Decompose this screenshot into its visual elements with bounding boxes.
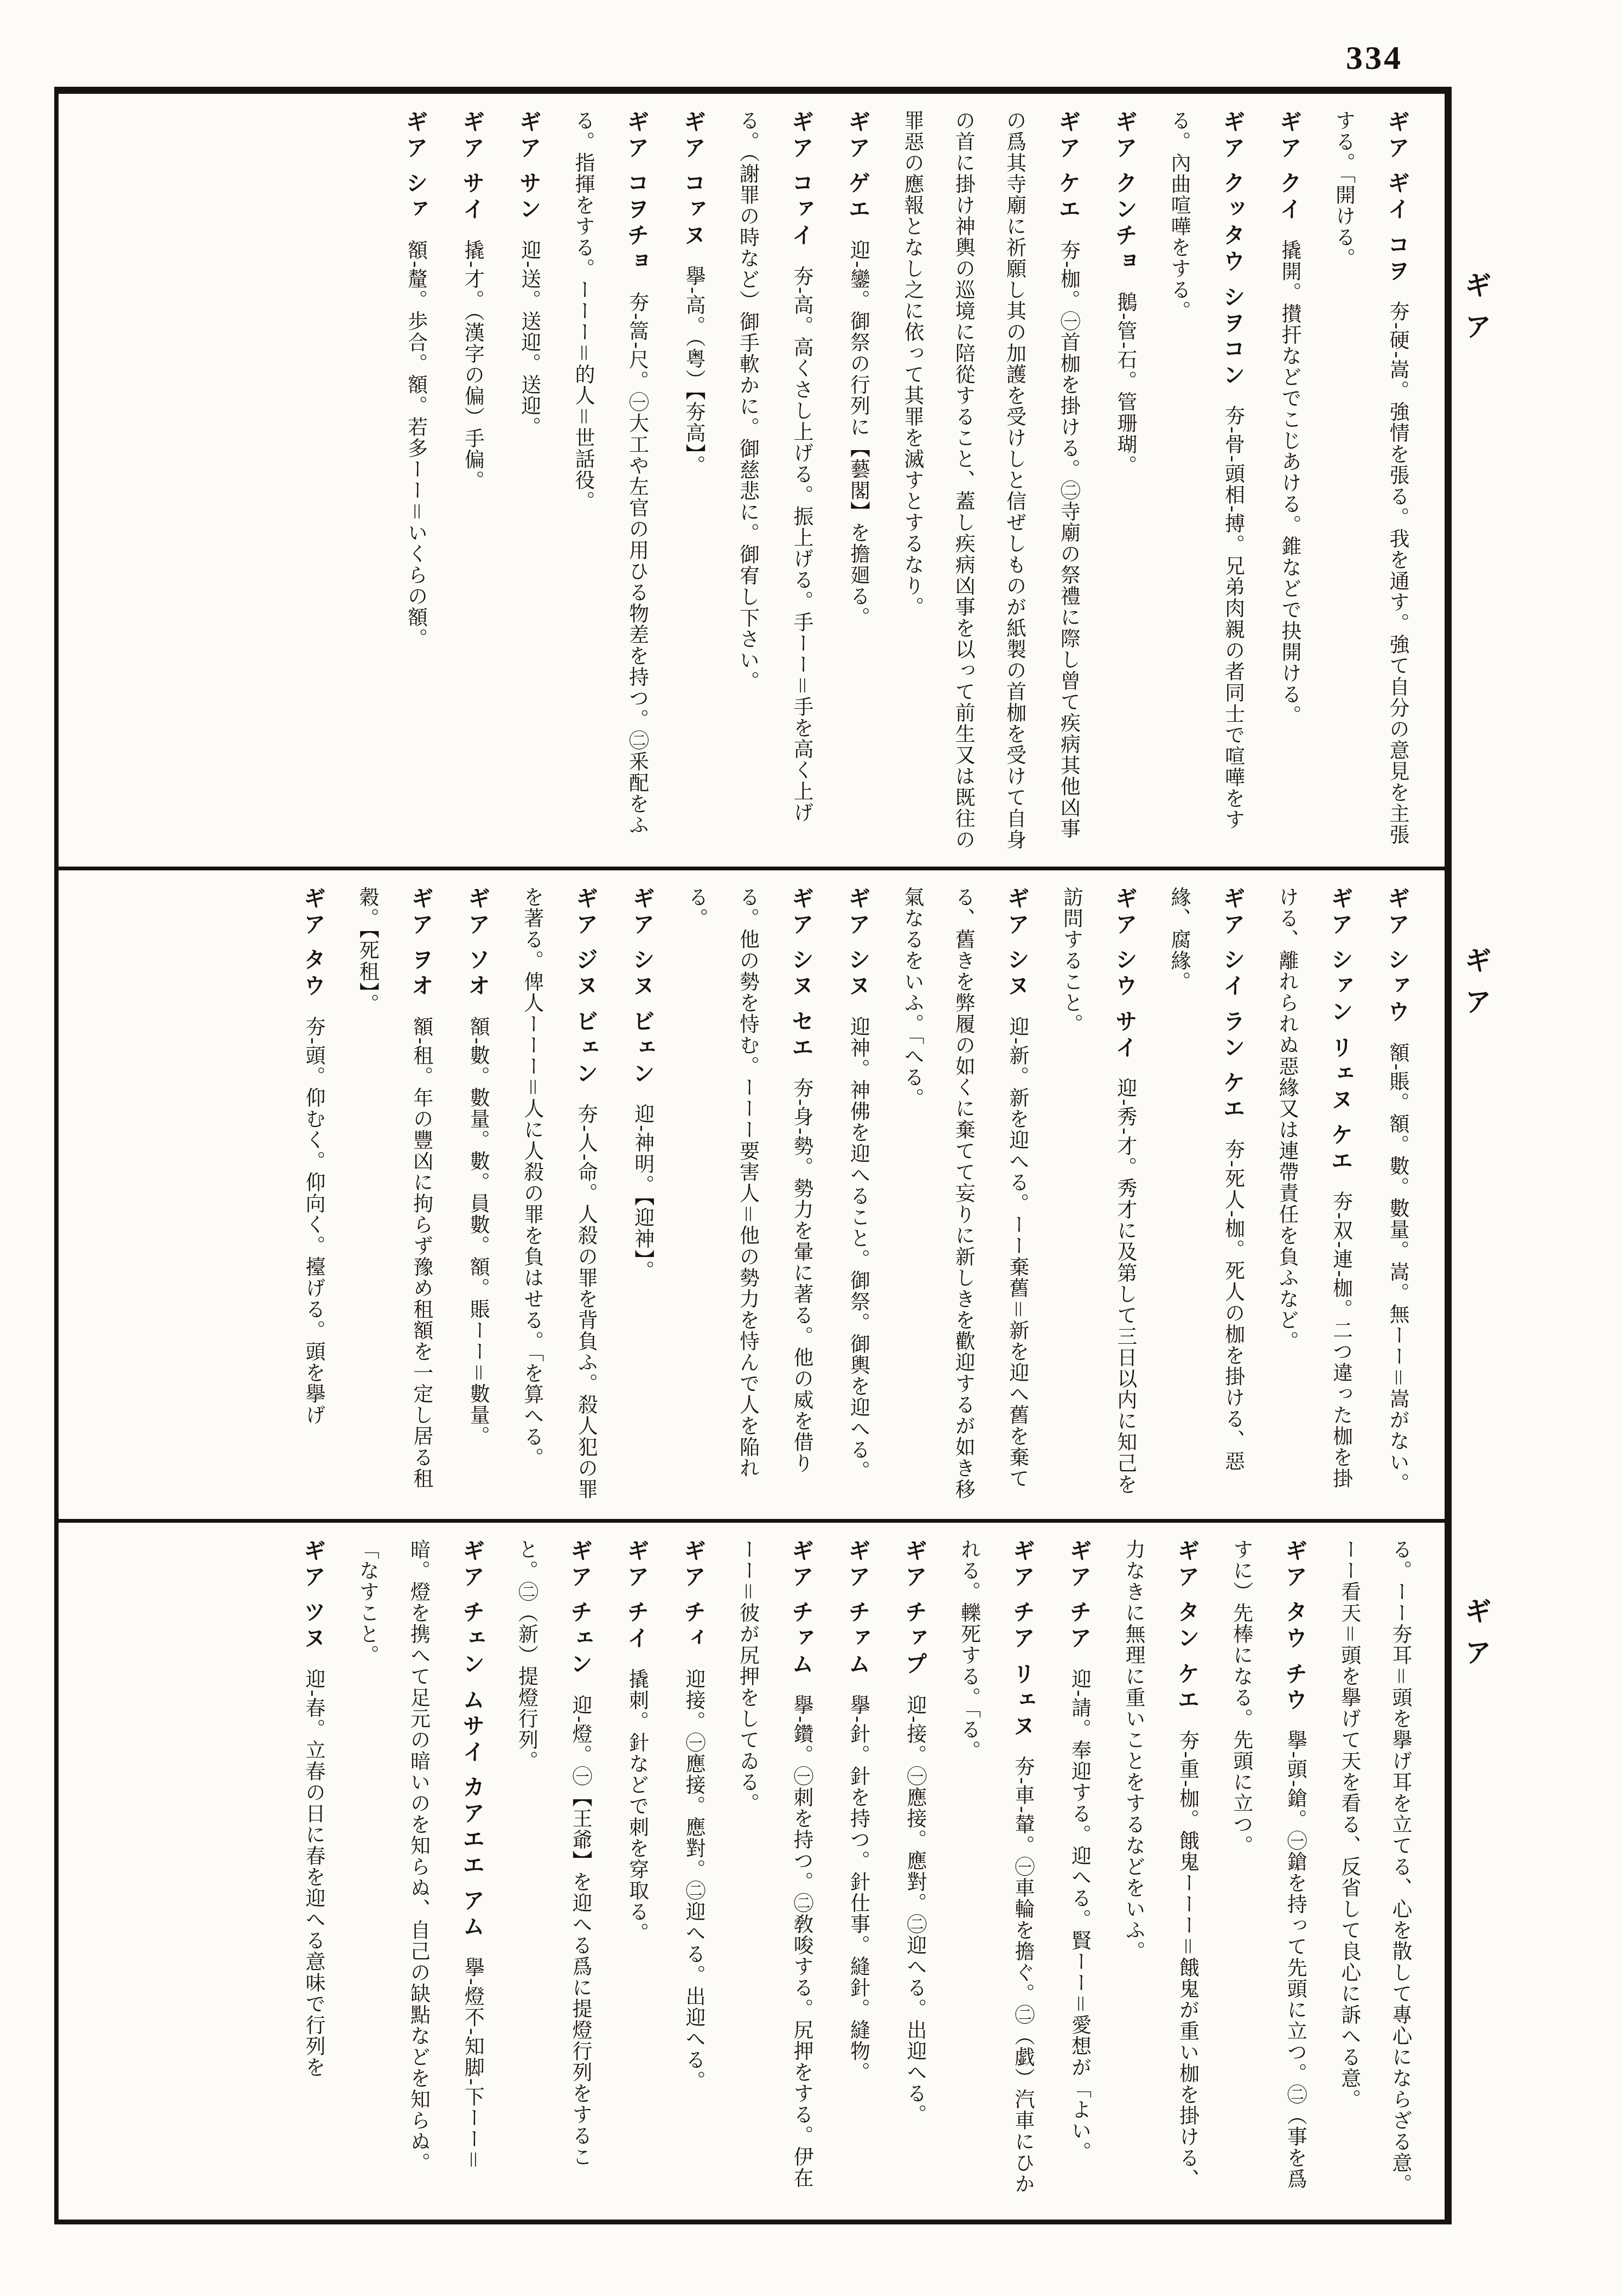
entry-headword: ギア コァヌ — [681, 110, 705, 249]
entry-headword: ギア シヌ セエ — [788, 887, 813, 1062]
entry-definition: 迎-春。立春の日に春を迎へる意味で行列を — [302, 1669, 324, 2078]
entry-headword: ギア サイ — [459, 110, 484, 223]
entry-definition: 撬開。攅扞などでこじあける。錐などで抉開ける。 — [1278, 240, 1300, 726]
margin-guide-word: ギア — [1458, 271, 1496, 354]
dictionary-entry: ギア シヌ セエ夯-身-勢。勢力を暈に著る。他の威を借りる。他の勢を恃む。ーーー… — [670, 887, 829, 1505]
dictionary-entry: ギア チェン ムサイ カアエエ アム擧-燈不-知脚-下ーー＝暗。燈を携へて足元の… — [341, 1539, 500, 2205]
entry-definition: 迎-接。㊀應接。應對。㊁迎へる。出迎へる。 — [903, 1695, 926, 2125]
entry-definition: 鵝-管-石。管珊瑚。 — [1114, 292, 1136, 477]
dictionary-entry: ギア シァウ額-賬。額。數。數量。嵩。無ーー＝嵩がない。 — [1368, 887, 1425, 1505]
dictionary-entry: ギア タン ケエ夯-重-枷。餓鬼ーーー＝餓鬼が重い枷を掛ける、力なきに無理に重い… — [1107, 1539, 1215, 2205]
dictionary-band-middle: ギア シァウ額-賬。額。數。數量。嵩。無ーー＝嵩がない。ギア シァン リェヌ ケ… — [59, 870, 1445, 1519]
entry-headword: ギア シヌ — [1004, 887, 1029, 1000]
dictionary-band-bottom: る。ーー夯耳＝頭を擧げ耳を立てる、心を散して專心にならざる意。ーー看天＝頭を擧げ… — [59, 1523, 1445, 2220]
entry-headword: ギア シァン リェヌ ケエ — [1327, 887, 1352, 1175]
entry-headword: ギア コァイ — [788, 110, 813, 249]
dictionary-entry: ギア ツヌ迎-春。立春の日に春を迎へる意味で行列を — [284, 1539, 341, 2205]
dictionary-entry: ギア チェン迎-燈。㊀【王爺】を迎へる爲に提燈行列をすること。㊁（新）提燈行列。 — [500, 1539, 608, 2205]
entry-headword: ギア シヌ ビェン — [630, 887, 655, 1088]
dictionary-entry: ギア チァム擧-鑽。㊀刺を持つ。㊁敎唆する。尻押をする。伊在ーー＝彼が尻押をして… — [721, 1539, 829, 2205]
entry-definition: 迎-神明。【迎神】。 — [631, 1104, 653, 1282]
dictionary-entry: ギア シヌ迎-新。新を迎へる。ーー棄舊＝新を迎へ舊を棄てる、舊きを弊履の如くに棄… — [886, 887, 1045, 1505]
entry-headword: ギア コヲチョ — [624, 110, 649, 275]
entry-headword: ギア サン — [516, 110, 541, 223]
entry-headword: ギア クイ — [1276, 110, 1301, 223]
entry-headword: ギア ギイ コヲ — [1384, 110, 1409, 285]
entry-headword: ギア シウ サイ — [1112, 887, 1137, 1062]
dictionary-entry: ギア クッタウ シヲコン夯-骨-頭相-搏。兄弟肉親の者同士で喧嘩をする。內曲喧嘩… — [1153, 110, 1261, 852]
dictionary-entry: ギア シァン リェヌ ケエ夯-双-連-枷。二つ違った枷を掛ける、離れられぬ惡緣又… — [1261, 887, 1369, 1505]
entry-headword: ギア シイ ラン ケエ — [1220, 887, 1245, 1123]
dictionary-entry: ギア チァプ迎-接。㊀應接。應對。㊁迎へる。出迎へる。 — [886, 1539, 943, 2205]
page-number: 334 — [1346, 39, 1403, 78]
entry-definition: 夯-頭。仰むく。仰向く。擡げる。頭を擧げ — [302, 1016, 324, 1426]
text-frame: ギア ギイ コヲ夯-硬-嵩。強情を張る。我を通す。強て自分の意見を主張する。「開… — [54, 87, 1452, 2224]
entry-headword: ギア クッタウ シヲコン — [1220, 110, 1245, 389]
band-divider — [59, 867, 1445, 870]
entry-headword: ギア チア — [1067, 1539, 1092, 1652]
entry-definition: 迎-鑾。御祭の行列に【藝閣】を擔廻る。 — [847, 240, 869, 628]
entry-definition: 額-釐。歩合。額。若多ーー＝いくらの額。 — [405, 240, 427, 649]
entry-headword: ギア ヲオ — [408, 887, 433, 1000]
dictionary-entry: ギア ヲオ額-租。年の豐凶に拘らず豫め租額を一定し居る租穀。【死租】。 — [341, 887, 449, 1505]
entry-headword: ギア ソオ — [465, 887, 490, 1000]
entry-headword: ギア ツヌ — [300, 1539, 325, 1652]
dictionary-entry: ギア コァヌ擧-高。（粤）【夯高】。 — [665, 110, 722, 852]
entry-definition: 夯-枷。㊀首枷を掛ける。㊁寺廟の祭禮に際し曾て疾病其他凶事の爲其寺廟に祈願し其の… — [901, 110, 1079, 850]
margin-guide-word: ギア — [1458, 946, 1496, 1029]
dictionary-entry: ギア シヌ ビェン迎-神明。【迎神】。 — [613, 887, 670, 1505]
dictionary-entry: ギア チア リェヌ夯-車-輦。㊀車輪を擔ぐ。㊁（戯）汽車にひかれる。轢死する。「… — [942, 1539, 1050, 2205]
entry-headword: ギア チァプ — [902, 1539, 927, 1678]
entry-headword: ギア クンチョ — [1112, 110, 1137, 275]
entry-headword: ギア タウ — [300, 887, 325, 1000]
entry-headword: ギア ケエ — [1055, 110, 1080, 223]
entry-headword: ギア シァウ — [1384, 887, 1409, 1026]
entry-headword: ギア チア リェヌ — [1010, 1539, 1035, 1740]
entry-headword: ギア タウ チウ — [1282, 1539, 1307, 1714]
dictionary-entry: ギア クイ撬開。攅扞などでこじあける。錐などで抉開ける。 — [1261, 110, 1318, 852]
dictionary-entry: ギア コァイ夯-高。高くさし上げる。振上げる。手ーー＝手を高く上げる。（謝罪の時… — [721, 110, 829, 852]
dictionary-entry: ギア シイ ラン ケエ夯-死人-枷。死人の枷を掛ける、惡緣、腐緣。 — [1153, 887, 1261, 1505]
dictionary-band-top: ギア ギイ コヲ夯-硬-嵩。強情を張る。我を通す。強て自分の意見を主張する。「開… — [59, 94, 1445, 867]
entry-definition: 迎神。神佛を迎へること。御祭。御輿を迎へる。 — [847, 1016, 869, 1482]
entry-headword: ギア チァム — [788, 1539, 813, 1678]
dictionary-entry: ギア シヌ迎神。神佛を迎へること。御祭。御輿を迎へる。 — [829, 887, 886, 1505]
dictionary-entry: ギア チイ撬刺。針などで刺を穿取る。 — [608, 1539, 665, 2205]
dictionary-entry: ギア タウ夯-頭。仰むく。仰向く。擡げる。頭を擧げ — [284, 887, 341, 1505]
entry-definition: 撬-才。（漢字の偏）手偏。 — [461, 240, 483, 491]
dictionary-entry: ギア ソオ額-數。數量。數。員數。額。賬ーー＝數量。 — [449, 887, 506, 1505]
dictionary-entry: ギア チァム擧-針。針を持つ。針仕事。縫針。縫物。 — [829, 1539, 886, 2205]
entry-definition: 迎接。㊀應接。應對。㊁迎へる。出迎へる。 — [682, 1669, 704, 2092]
dictionary-entry: ギア シウ サイ迎-秀-才。秀才に及第して三日以内に知己を訪問すること。 — [1045, 887, 1153, 1505]
entry-headword: ギア ゲエ — [845, 110, 870, 223]
dictionary-entry: ギア ジヌ ビェン夯-人-命。人殺の罪を背負ふ。殺人犯の罪を著る。俾人ーーー＝人… — [505, 887, 613, 1505]
dictionary-entry: ギア ギイ コヲ夯-硬-嵩。強情を張る。我を通す。強て自分の意見を主張する。「開… — [1317, 110, 1425, 852]
entry-headword: ギア シァ — [403, 110, 428, 223]
dictionary-entry: ギア サン迎-送。送迎。送迎。 — [500, 110, 557, 852]
entry-headword: ギア タン ケエ — [1174, 1539, 1199, 1714]
band-divider — [59, 1519, 1445, 1523]
dictionary-entry: ギア コヲチョ夯-篙-尺。㊀大工や左官の用ひる物差を持つ。㊁釆配をふる。指揮をす… — [557, 110, 665, 852]
entry-definition: 擧-高。（粤）【夯高】。 — [682, 266, 704, 476]
dictionary-entry: ギア クンチョ鵝-管-石。管珊瑚。 — [1096, 110, 1153, 852]
entry-headword: ギア ジヌ ビェン — [573, 887, 598, 1088]
dictionary-entry: ギア シァ額-釐。歩合。額。若多ーー＝いくらの額。 — [387, 110, 444, 852]
dictionary-entry: ギア サイ撬-才。（漢字の偏）手偏。 — [444, 110, 501, 852]
dictionary-entry: ギア ケエ夯-枷。㊀首枷を掛ける。㊁寺廟の祭禮に際し曾て疾病其他凶事の爲其寺廟に… — [886, 110, 1096, 852]
entry-definition: 擧-針。針を持つ。針仕事。縫針。縫物。 — [847, 1695, 869, 2083]
entry-definition: る。ーー夯耳＝頭を擧げ耳を立てる、心を散して專心にならざる意。ーー看天＝頭を擧げ… — [1338, 1539, 1411, 2195]
entry-definition: 迎-請。奉迎する。迎へる。賢ーー＝愛想が「よい。 — [1068, 1669, 1090, 2163]
dictionary-entry: ギア タウ チウ擧-頭-鎗。㊀鎗を持って先頭に立つ。㊁（事を爲すに）先棒になる。… — [1215, 1539, 1323, 2205]
entry-headword: ギア チイ — [624, 1539, 649, 1652]
entry-definition: 撬刺。針などで刺を穿取る。 — [626, 1669, 648, 1944]
entry-headword: ギア シヌ — [845, 887, 870, 1000]
dictionary-entry: る。ーー夯耳＝頭を擧げ耳を立てる、心を散して專心にならざる意。ーー看天＝頭を擧げ… — [1323, 1539, 1425, 2205]
entry-definition: 額-數。數量。數。員數。額。賬ーー＝數量。 — [466, 1016, 489, 1447]
margin-guide-word: ギア — [1458, 1597, 1496, 1679]
dictionary-page: 334 ギア ギア ギア ギア ギイ コヲ夯-硬-嵩。強情を張る。我を通す。強て… — [0, 0, 1623, 2296]
entry-definition: 額-賬。額。數。數量。嵩。無ーー＝嵩がない。 — [1386, 1042, 1408, 1494]
entry-definition: 迎-送。送迎。送迎。 — [518, 240, 540, 438]
dictionary-entry: ギア ゲエ迎-鑾。御祭の行列に【藝閣】を擔廻る。 — [829, 110, 886, 852]
entry-headword: ギア チェン — [567, 1539, 592, 1678]
dictionary-entry: ギア チア迎-請。奉迎する。迎へる。賢ーー＝愛想が「よい。 — [1050, 1539, 1107, 2205]
dictionary-entry: ギア チィ迎接。㊀應接。應對。㊁迎へる。出迎へる。 — [665, 1539, 722, 2205]
entry-headword: ギア チィ — [681, 1539, 705, 1652]
entry-headword: ギア チァム — [845, 1539, 870, 1678]
entry-headword: ギア チェン ムサイ カアエエ アム — [459, 1539, 484, 1941]
